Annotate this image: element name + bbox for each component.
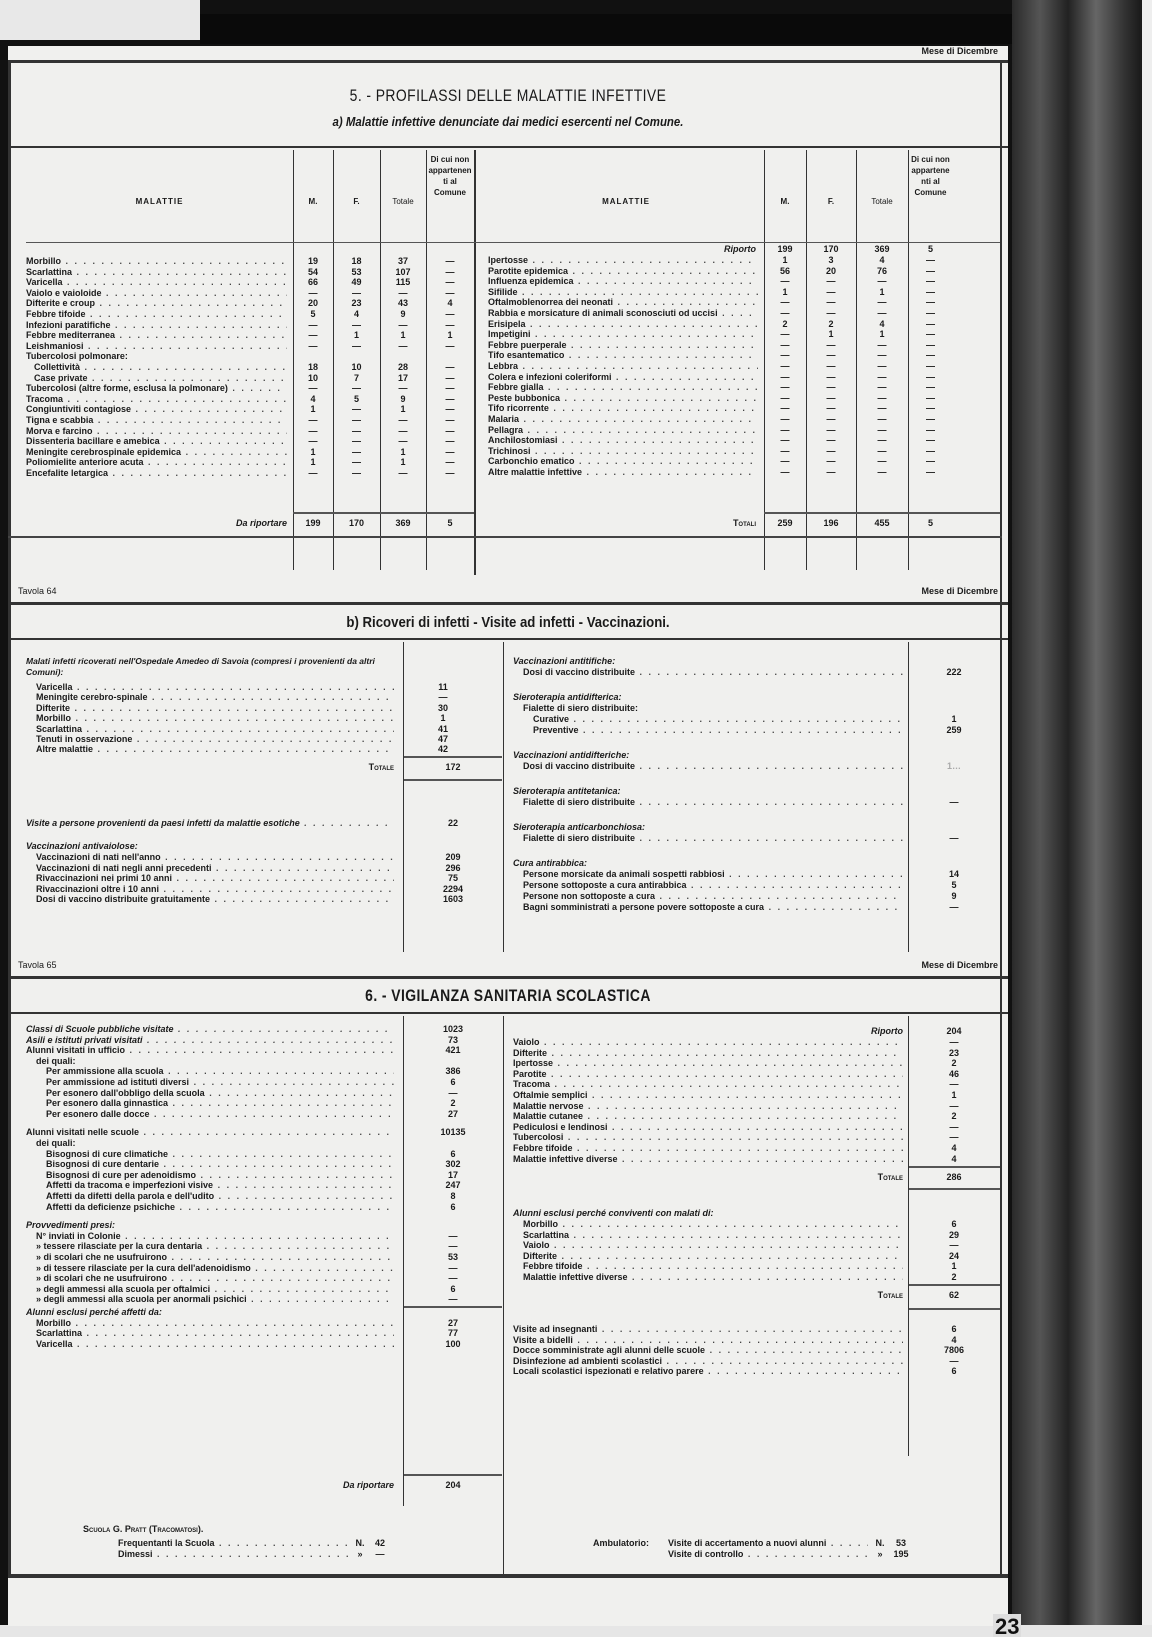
item-label: Scarlattina <box>523 1230 569 1240</box>
riporto-label: Riporto <box>488 244 756 254</box>
list-item: » tessere rilasciate per la cura dentari… <box>36 1241 394 1252</box>
cell-na: — <box>908 456 953 466</box>
item-label: Persone non sottoposte a cura <box>523 891 655 901</box>
cell-f: 18 <box>333 256 380 266</box>
scuola-pratt-title: Scuola G. Pratt (Tracomatosi). <box>83 1524 203 1534</box>
cell-tot: 17 <box>380 373 426 383</box>
list-item: Difterite . . . . . . . . . . . . . . . … <box>513 1048 903 1059</box>
ricoverati-heading: Malati infetti ricoverati nell'Ospedale … <box>26 656 396 678</box>
cell-tot: 1 <box>380 457 426 467</box>
section5b-title: b) Ricoveri di infetti - Visite ad infet… <box>68 614 948 631</box>
item-label: Alunni visitati in ufficio <box>26 1045 125 1055</box>
disease-name: Peste bubbonica <box>488 393 560 403</box>
item-value: 6 <box>908 1366 1000 1376</box>
item-value: 2 <box>908 1058 1000 1068</box>
list-item: » di tessere rilasciate per la cura dell… <box>36 1263 394 1274</box>
item-label: Meningite cerebro-spinale <box>36 692 148 702</box>
cell-m: 1 <box>293 457 333 467</box>
item-label: Malattie infettive diverse <box>523 1272 628 1282</box>
item-label: Visite ad insegnanti <box>513 1324 597 1334</box>
item-value: 222 <box>908 667 1000 677</box>
divider <box>8 638 1008 640</box>
item-value: 1… <box>908 761 1000 771</box>
table-row: Encefalite letargica . . . . . . . . . .… <box>26 468 287 479</box>
item-value: 1603 <box>403 894 503 904</box>
item-value: 42 <box>403 744 483 754</box>
item-value: 247 <box>403 1180 503 1190</box>
cell-na: — <box>426 267 474 277</box>
cell-na: — <box>908 319 953 329</box>
list-item: Rivaccinazioni oltre i 10 anni . . . . .… <box>36 884 394 895</box>
riporto-tot: 369 <box>856 244 908 254</box>
item-label: Altre malattie <box>36 744 93 754</box>
cell-tot: — <box>856 393 908 403</box>
cell-f: — <box>333 436 380 446</box>
table-row: Febbre tifoide . . . . . . . . . . . . .… <box>26 309 287 320</box>
totali-tot: 455 <box>856 518 908 528</box>
item-value: 1 <box>908 1090 1000 1100</box>
list-item: Fialette di siero distribuite: <box>523 703 903 714</box>
cell-m: — <box>764 276 806 286</box>
disease-name: Ipertosse <box>488 255 528 265</box>
header-non-appartenenti: Di cui non appartenenti al Comune <box>428 154 472 198</box>
list-item: Scarlattina . . . . . . . . . . . . . . … <box>523 1230 903 1241</box>
cell-na: — <box>426 468 474 478</box>
list-item: » degli ammessi alla scuola per anormali… <box>36 1294 394 1305</box>
cell-m: — <box>764 435 806 445</box>
header-malattie: MALATTIE <box>488 196 764 207</box>
list-item: Alunni esclusi perché affetti da: <box>26 1307 394 1318</box>
item-label: Malattie cutanee <box>513 1111 583 1121</box>
list-item: Scarlattina . . . . . . . . . . . . . . … <box>36 1328 394 1339</box>
table-row: Oftalmoblenorrea dei neonati . . . . . .… <box>488 297 758 308</box>
item-label: Persone sottoposte a cura antirabbica <box>523 880 687 890</box>
cell-na: — <box>426 277 474 287</box>
cell-m: 5 <box>293 309 333 319</box>
cell-m: 66 <box>293 277 333 287</box>
riporto-na: 5 <box>908 244 953 254</box>
item-value: 195 <box>890 1549 912 1559</box>
cell-m: 1 <box>764 255 806 265</box>
list-item: Tenuti in osservazione . . . . . . . . .… <box>36 734 394 745</box>
cell-m: 18 <box>293 362 333 372</box>
table-row: Trichinosi . . . . . . . . . . . . . . .… <box>488 446 758 457</box>
list-item: Scarlattina . . . . . . . . . . . . . . … <box>36 724 394 735</box>
item-label: Vaiolo <box>513 1037 540 1047</box>
item-label: Asili e istituti privati visitati <box>26 1035 143 1045</box>
item-label: Febbre tifoide <box>523 1261 583 1271</box>
table-row: Tigna e scabbia . . . . . . . . . . . . … <box>26 415 287 426</box>
cell-m: — <box>764 467 806 477</box>
item-value: 2294 <box>403 884 503 894</box>
disease-name: Infezioni paratifiche <box>26 320 111 330</box>
riporto-label: Riporto <box>513 1026 903 1036</box>
cell-tot: — <box>856 382 908 392</box>
cell-na: — <box>908 266 953 276</box>
table-row: Malaria . . . . . . . . . . . . . . . . … <box>488 414 758 425</box>
item-label: Curative <box>533 714 569 724</box>
disease-name: Parotite epidemica <box>488 266 568 276</box>
list-item: » degli ammessi alla scuola per oftalmic… <box>36 1284 394 1295</box>
list-item: Vaccinazioni di nati nell'anno . . . . .… <box>36 852 394 863</box>
cell-tot: — <box>856 308 908 318</box>
disease-name: Colera e infezioni coleriformi <box>488 372 612 382</box>
cell-m: — <box>764 297 806 307</box>
cell-tot: — <box>380 426 426 436</box>
item-value: 73 <box>403 1035 503 1045</box>
cell-f: — <box>333 426 380 436</box>
cell-tot: 37 <box>380 256 426 266</box>
item-label: Docce somministrate agli alunni delle sc… <box>513 1345 705 1355</box>
list-item: Dosi di vaccino distribuite . . . . . . … <box>523 667 903 678</box>
item-value: 11 <box>403 682 483 692</box>
header-maschi: M. <box>764 196 806 207</box>
cell-f: — <box>333 404 380 414</box>
list-item: Varicella . . . . . . . . . . . . . . . … <box>36 682 394 693</box>
page-number: 23 <box>993 1614 1021 1637</box>
item-value: 6 <box>908 1324 1000 1334</box>
disease-name: Malaria <box>488 414 519 424</box>
month-header: Mese di Dicembre <box>921 46 998 56</box>
disease-name: Oftalmoblenorrea dei neonati <box>488 297 613 307</box>
list-item: Bisognosi di cure dentarie . . . . . . .… <box>46 1159 394 1170</box>
cell-na: 4 <box>426 298 474 308</box>
cell-tot: 107 <box>380 267 426 277</box>
item-value: 2 <box>403 1098 503 1108</box>
item-label: » di scolari che ne usufruirono <box>36 1252 167 1262</box>
list-item: Per ammissione ad istituti diversi . . .… <box>46 1077 394 1088</box>
item-label: Per esonero dalle docce <box>46 1109 150 1119</box>
cell-na: — <box>908 435 953 445</box>
item-label: » di tessere rilasciate per la cura dell… <box>36 1263 251 1273</box>
cell-na: — <box>426 309 474 319</box>
cell-tot: 43 <box>380 298 426 308</box>
cell-tot: — <box>856 446 908 456</box>
list-item: Malattie infettive diverse . . . . . . .… <box>523 1272 903 1283</box>
cell-tot: — <box>380 383 426 393</box>
cell-m: 10 <box>293 373 333 383</box>
item-label: Difterite <box>523 1251 557 1261</box>
cell-tot: — <box>856 435 908 445</box>
list-item: Per ammissione alla scuola . . . . . . .… <box>46 1066 394 1077</box>
item-label: Locali scolastici ispezionati e relativo… <box>513 1366 704 1376</box>
cell-na: — <box>908 425 953 435</box>
item-value: 421 <box>403 1045 503 1055</box>
cell-f: — <box>806 287 856 297</box>
table-row: Morva e farcino . . . . . . . . . . . . … <box>26 426 287 437</box>
item-value: 1 <box>908 714 1000 724</box>
disease-name: Erisipela <box>488 319 526 329</box>
totale-label: Totale <box>513 1172 903 1182</box>
cell-f: — <box>806 382 856 392</box>
cell-m: — <box>764 446 806 456</box>
da-riportare-tot: 369 <box>380 518 426 528</box>
table-row: Congiuntiviti contagiose . . . . . . . .… <box>26 404 287 415</box>
cell-f: — <box>806 308 856 318</box>
item-prefix: » <box>872 1549 888 1559</box>
item-value: 296 <box>403 863 503 873</box>
list-item: Varicella . . . . . . . . . . . . . . . … <box>36 1339 394 1350</box>
cell-f: 7 <box>333 373 380 383</box>
table-row: Tubercolosi polmonare: <box>26 351 287 362</box>
divider <box>8 146 1008 148</box>
cell-tot: — <box>380 468 426 478</box>
item-value: — <box>908 1079 1000 1089</box>
cell-f: — <box>806 361 856 371</box>
item-value: 4 <box>908 1154 1000 1164</box>
header-maschi: M. <box>293 196 333 207</box>
item-value: 10135 <box>403 1127 503 1137</box>
cell-m: 19 <box>293 256 333 266</box>
list-item: Per esonero dalla ginnastica . . . . . .… <box>46 1098 394 1109</box>
list-item: Classi di Scuole pubbliche visitate . . … <box>26 1024 394 1035</box>
list-item: » di scolari che ne usufruirono . . . . … <box>36 1252 394 1263</box>
cell-f: 4 <box>333 309 380 319</box>
table-row: Tifo ricorrente . . . . . . . . . . . . … <box>488 403 758 414</box>
item-label: Bisognosi di cure per adenoidismo <box>46 1170 196 1180</box>
item-value: 1 <box>908 1261 1000 1271</box>
list-item: Affetti da difetti della parola e dell'u… <box>46 1191 394 1202</box>
cell-m: — <box>764 425 806 435</box>
group-heading: Sieroterapia anticarbonchiosa: <box>513 822 645 832</box>
total-rule <box>404 779 502 781</box>
item-prefix: N. <box>872 1538 888 1548</box>
item-label: Affetti da deficienze psichiche <box>46 1202 175 1212</box>
cell-tot: — <box>856 350 908 360</box>
item-value: 209 <box>403 852 503 862</box>
item-value: 259 <box>908 725 1000 735</box>
cell-m: — <box>293 468 333 478</box>
table-row: Case private . . . . . . . . . . . . . .… <box>26 373 287 384</box>
disease-name: Pellagra <box>488 425 523 435</box>
item-label: dei quali: <box>36 1138 76 1148</box>
total-rule <box>404 756 502 758</box>
section5-title: 5. - PROFILASSI DELLE MALATTIE INFETTIVE <box>98 86 918 106</box>
item-label: Ipertosse <box>513 1058 553 1068</box>
da-riportare-na: 5 <box>426 518 474 528</box>
cell-na: — <box>908 393 953 403</box>
list-item: Vaiolo . . . . . . . . . . . . . . . . .… <box>523 1240 903 1251</box>
cell-tot: — <box>856 340 908 350</box>
divider <box>8 602 1008 605</box>
cell-na: — <box>426 404 474 414</box>
table-row: Rabbia e morsicature di animali sconosci… <box>488 308 758 319</box>
cell-tot: — <box>380 320 426 330</box>
page-border <box>8 60 11 1574</box>
disease-name: Anchilostomiasi <box>488 435 558 445</box>
list-item: Affetti da deficienze psichiche . . . . … <box>46 1202 394 1213</box>
da-riportare-value: 204 <box>403 1480 503 1490</box>
list-item: Tubercolosi . . . . . . . . . . . . . . … <box>513 1132 903 1143</box>
item-label: Parotite <box>513 1069 547 1079</box>
disease-name: Febbre gialla <box>488 382 544 392</box>
cell-tot: 4 <box>856 255 908 265</box>
item-value: 24 <box>908 1251 1000 1261</box>
cell-f: — <box>333 341 380 351</box>
cell-m: — <box>764 372 806 382</box>
item-label: dei quali: <box>36 1056 76 1066</box>
item-value: 8 <box>403 1191 503 1201</box>
cell-f: 10 <box>333 362 380 372</box>
cell-f: — <box>333 447 380 457</box>
disease-name: Congiuntiviti contagiose <box>26 404 131 414</box>
cell-na: — <box>908 297 953 307</box>
list-item: dei quali: <box>36 1138 394 1149</box>
cell-tot: 1 <box>856 287 908 297</box>
item-prefix: N. <box>352 1538 368 1548</box>
cell-f: — <box>333 320 380 330</box>
item-value: 6 <box>908 1219 1000 1229</box>
disease-name: Difterite e croup <box>26 298 95 308</box>
table-row: Morbillo . . . . . . . . . . . . . . . .… <box>26 256 287 267</box>
cell-f: — <box>806 393 856 403</box>
header-femmine: F. <box>806 196 856 207</box>
table-row: Febbre puerperale . . . . . . . . . . . … <box>488 340 758 351</box>
table-row: Tifo esantematico . . . . . . . . . . . … <box>488 350 758 361</box>
item-value: 6 <box>403 1202 503 1212</box>
cell-na: — <box>426 320 474 330</box>
cell-m: — <box>764 414 806 424</box>
item-label: Dosi di vaccino distribuite <box>523 761 635 771</box>
disease-name: Scarlattina <box>26 267 72 277</box>
cell-na: — <box>908 403 953 413</box>
item-label: Morbillo <box>36 1318 71 1328</box>
divider <box>8 976 1008 979</box>
total-rule <box>909 1188 1000 1190</box>
cell-tot: 115 <box>380 277 426 287</box>
totali-na: 5 <box>908 518 953 528</box>
list-item: Difterite . . . . . . . . . . . . . . . … <box>523 1251 903 1262</box>
item-value: 42 <box>370 1538 390 1548</box>
item-value: 9 <box>908 891 1000 901</box>
list-item: Altre malattie . . . . . . . . . . . . .… <box>36 744 394 755</box>
header-femmine: F. <box>333 196 380 207</box>
table-row: Febbre gialla . . . . . . . . . . . . . … <box>488 382 758 393</box>
item-value: 30 <box>403 703 483 713</box>
list-item: Malattie nervose . . . . . . . . . . . .… <box>513 1101 903 1112</box>
item-value: — <box>403 1273 503 1283</box>
list-item: Morbillo . . . . . . . . . . . . . . . .… <box>36 713 394 724</box>
cell-f: — <box>806 456 856 466</box>
column-rule <box>380 150 381 570</box>
cell-na: — <box>908 361 953 371</box>
table-row: Dissenteria bacillare e amebica . . . . … <box>26 436 287 447</box>
riporto-value: 204 <box>908 1026 1000 1036</box>
cell-tot: 1 <box>380 404 426 414</box>
cell-m: — <box>293 436 333 446</box>
table-row: Varicella . . . . . . . . . . . . . . . … <box>26 277 287 288</box>
list-item: Persone non sottoposte a cura . . . . . … <box>523 891 903 902</box>
list-item: Provvedimenti presi: <box>26 1220 394 1231</box>
item-value: 7806 <box>908 1345 1000 1355</box>
item-value: 1 <box>403 713 483 723</box>
cell-f: 5 <box>333 394 380 404</box>
item-value: — <box>403 692 483 702</box>
cell-f: 3 <box>806 255 856 265</box>
total-rule <box>404 1306 502 1308</box>
month-header: Mese di Dicembre <box>921 960 998 970</box>
cell-na: — <box>908 287 953 297</box>
scan-shadow-top <box>200 14 1050 44</box>
list-item: Morbillo . . . . . . . . . . . . . . . .… <box>36 1318 394 1329</box>
item-value: 47 <box>403 734 483 744</box>
disease-name: Dissenteria bacillare e amebica <box>26 436 160 446</box>
list-item: Malattie cutanee . . . . . . . . . . . .… <box>513 1111 903 1122</box>
item-label: » degli ammessi alla scuola per oftalmic… <box>36 1284 210 1294</box>
cell-m: — <box>293 330 333 340</box>
table-row: Leishmaniosi . . . . . . . . . . . . . .… <box>26 341 287 352</box>
da-riportare-f: 170 <box>333 518 380 528</box>
disease-name: Tifo esantematico <box>488 350 564 360</box>
item-label: Persone morsicate da animali sospetti ra… <box>523 869 725 879</box>
riporto-m: 199 <box>764 244 806 254</box>
list-item: Dosi di vaccino distribuite gratuitament… <box>36 894 394 905</box>
disease-name: Febbre mediterranea <box>26 330 115 340</box>
item-label: Per ammissione alla scuola <box>46 1066 164 1076</box>
table-row: Pellagra . . . . . . . . . . . . . . . .… <box>488 425 758 436</box>
table-row: Febbre mediterranea . . . . . . . . . . … <box>26 330 287 341</box>
column-rule <box>503 1016 504 1506</box>
list-item: Persone morsicate da animali sospetti ra… <box>523 869 903 880</box>
item-label: Difterite <box>36 703 70 713</box>
item-label: Bisognosi di cure climatiche <box>46 1149 168 1159</box>
book-spine-edge <box>1012 0 1152 1637</box>
list-item: Dosi di vaccino distribuite . . . . . . … <box>523 761 903 772</box>
item-value: 53 <box>403 1252 503 1262</box>
item-label: Visite a persone provenienti da paesi in… <box>26 818 300 828</box>
cell-m: — <box>764 340 806 350</box>
disease-name: Impetigini <box>488 329 531 339</box>
list-item: Docce somministrate agli alunni delle sc… <box>513 1345 903 1356</box>
item-value: 6 <box>403 1284 503 1294</box>
item-label: Vaccinazioni di nati negli anni preceden… <box>36 863 212 873</box>
cell-tot: 1 <box>380 447 426 457</box>
list-item: » di scolari che ne usufruirono . . . . … <box>36 1273 394 1284</box>
header-malattie: MALATTIE <box>26 196 293 207</box>
table-row: Poliomielite anteriore acuta . . . . . .… <box>26 457 287 468</box>
cell-m: — <box>764 350 806 360</box>
item-value: — <box>403 1088 503 1098</box>
item-label: Morbillo <box>36 713 71 723</box>
cell-f: 23 <box>333 298 380 308</box>
cell-tot: — <box>856 467 908 477</box>
ricoverati-total-label: Totale <box>26 762 394 772</box>
item-value: 100 <box>403 1339 503 1349</box>
cell-f: 20 <box>806 266 856 276</box>
cell-tot: — <box>856 297 908 307</box>
item-value: — <box>908 1356 1000 1366</box>
list-item: Vaccinazioni di nati negli anni preceden… <box>36 863 394 874</box>
cell-m: — <box>293 383 333 393</box>
item-label: Dosi di vaccino distribuite <box>523 667 635 677</box>
header-rule <box>26 242 1000 243</box>
item-label: Disinfezione ad ambienti scolastici <box>513 1356 662 1366</box>
cell-na: — <box>908 340 953 350</box>
cell-na: — <box>908 308 953 318</box>
list-item: Oftalmie semplici . . . . . . . . . . . … <box>513 1090 903 1101</box>
cell-tot: — <box>856 372 908 382</box>
cell-m: 1 <box>764 287 806 297</box>
item-label: Per ammissione ad istituti diversi <box>46 1077 189 1087</box>
table-row: Difterite e croup . . . . . . . . . . . … <box>26 298 287 309</box>
disease-name: Tigna e scabbia <box>26 415 93 425</box>
table-row: Erisipela . . . . . . . . . . . . . . . … <box>488 319 758 330</box>
list-item: Alunni visitati in ufficio . . . . . . .… <box>26 1045 394 1056</box>
disease-name: Carbonchio ematico <box>488 456 575 466</box>
column-rule <box>293 150 294 570</box>
divider <box>8 60 1008 63</box>
month-header: Mese di Dicembre <box>921 586 998 596</box>
